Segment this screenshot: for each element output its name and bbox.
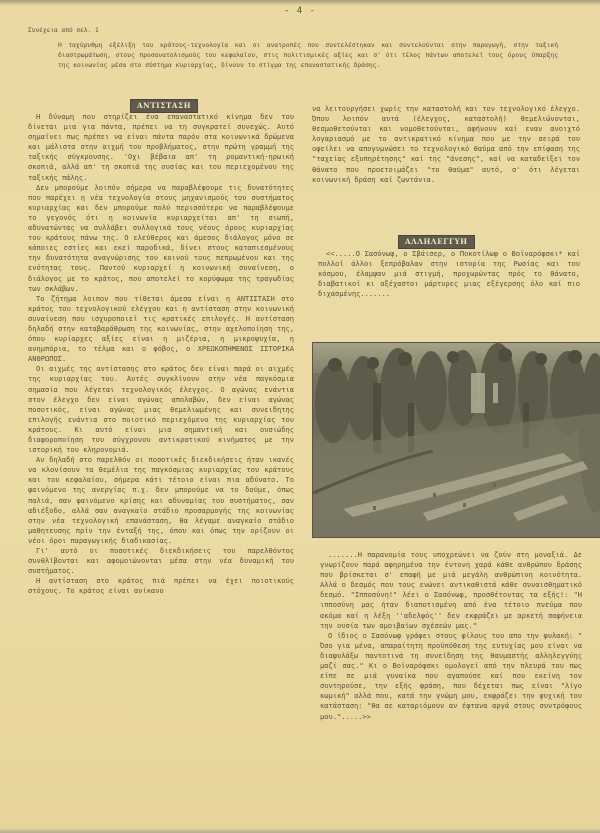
page-number: - 4 -: [0, 6, 600, 16]
article-paragraph: Δεν μπορούμε λοιπόν σήμερα να παραβλέψου…: [28, 183, 294, 294]
article-paragraph: Η δύναμη που στηρίζει ένα επαναστατικό κ…: [28, 112, 294, 183]
article-paragraph: Η αντίσταση στο κράτος πιά πρέπει να έχε…: [28, 576, 294, 596]
continued-from-note: Συνέχεια από σελ. 1: [28, 27, 99, 34]
article-paragraph: να λειτουργήσει χωρίς την καταστολή και …: [312, 104, 580, 185]
article-paragraph: Ο ίδιος ο Σασόνωφ γράφει στους φίλους το…: [320, 631, 582, 722]
top-edge-shadow: [0, 0, 600, 5]
article-paragraph: .......Η παρανομία τους υποχρεώνει να ζο…: [320, 550, 582, 631]
intro-paragraph: Η ταχύρυθμη εξέλιξη του κράτους-τεχνολογ…: [58, 41, 558, 72]
article-paragraph: Οι αιχμές της αντίστασης στο κράτος δεν …: [28, 364, 294, 455]
resistance-article-left-column: Η δύναμη που στηρίζει ένα επαναστατικό κ…: [28, 112, 294, 597]
newspaper-page: - 4 - Συνέχεια από σελ. 1 Η ταχύρυθμη εξ…: [0, 0, 600, 833]
article-paragraph: Γι' αυτό οι ποσοτικές διεκδικήσεις του π…: [28, 546, 294, 576]
resistance-article-continuation: να λειτουργήσει χωρίς την καταστολή και …: [312, 104, 580, 185]
section-heading-solidarity: ΑΛΛΗΛΕΓΓΥΗ: [398, 235, 475, 249]
article-paragraph: Αν δηλαδή στο παρελθόν οι ποσοτικές διεκ…: [28, 455, 294, 546]
article-paragraph: Το ζήτημα λοιπον που τίθεται άμεσα είναι…: [28, 294, 294, 365]
photo-image: [313, 343, 600, 537]
article-paragraph: <<.....Ο Σασόνωφ, ο Σβάισερ, ο Ποκοτίλωφ…: [318, 249, 580, 299]
bottom-edge-shadow: [0, 828, 600, 833]
section-heading-resistance: ΑΝΤΙΣΤΑΣΗ: [130, 99, 198, 113]
crowd-demonstration-photo: [312, 342, 600, 538]
solidarity-article-body: .......Η παρανομία τους υποχρεώνει να ζο…: [320, 550, 582, 722]
solidarity-quote-intro: <<.....Ο Σασόνωφ, ο Σβάισερ, ο Ποκοτίλωφ…: [318, 249, 580, 299]
